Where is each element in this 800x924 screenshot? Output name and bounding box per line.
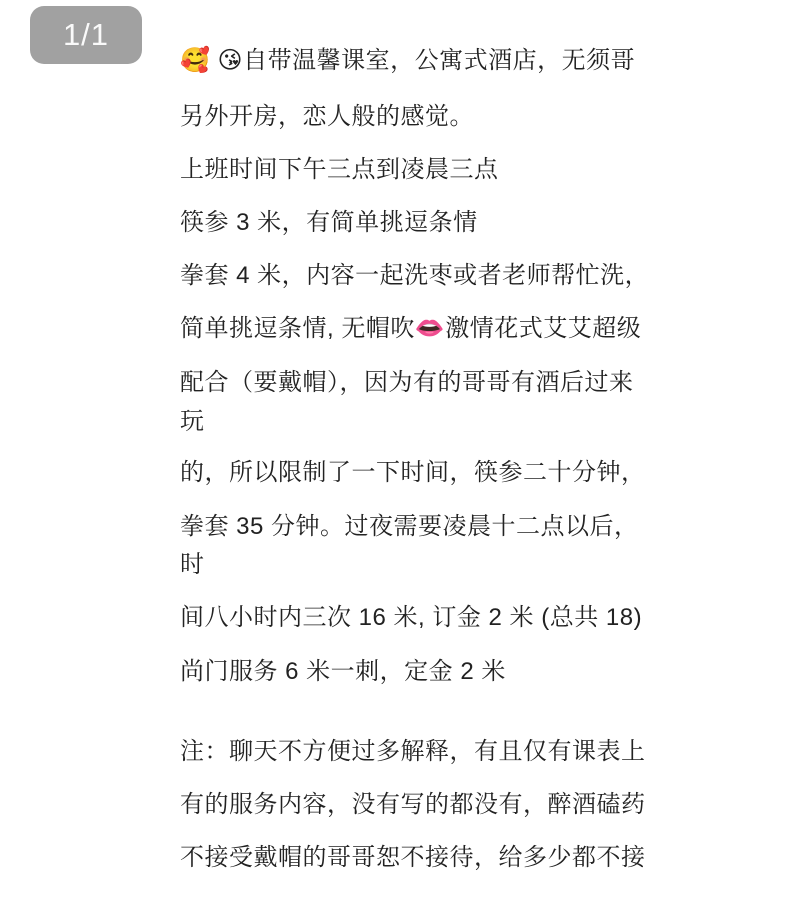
text-line: 🥰 😘自带温馨课室，公寓式酒店，无须哥 [180, 44, 635, 78]
text-line: 注：聊天不方便过多解释，有且仅有课表上 [180, 735, 646, 769]
text-line: 另外开房，恋人般的感觉。 [180, 100, 474, 134]
text-line: 配合（要戴帽），因为有的哥哥有酒后过来 [180, 366, 634, 400]
text-line: 上班时间下午三点到凌晨三点 [180, 153, 499, 187]
text-line: 拳套 35 分钟。过夜需要凌晨十二点以后， [180, 510, 639, 544]
text-line: 间八小时内三次 16 米, 订金 2 米 (总共 18) [180, 601, 642, 635]
image-viewer: 1/1 🥰 😘自带温馨课室，公寓式酒店，无须哥 另外开房，恋人般的感觉。 上班时… [0, 0, 800, 924]
text-line: 玩 [180, 405, 205, 439]
text-line: 尚门服务 6 米一刺，定金 2 米 [180, 655, 506, 689]
text-line: 拳套 4 米，内容一起洗枣或者老师帮忙洗， [180, 259, 649, 293]
text-line: 有的服务内容，没有写的都没有，醉酒磕药 [180, 788, 646, 822]
text-line: 的，所以限制了一下时间，筷参二十分钟， [180, 456, 646, 490]
text-line: 简单挑逗条情, 无帽吹👄激情花式艾艾超级 [180, 312, 641, 346]
page-indicator-label: 1/1 [63, 17, 109, 53]
text-line: 不接受戴帽的哥哥恕不接待，给多少都不接 [180, 841, 646, 875]
page-indicator-badge: 1/1 [30, 6, 142, 64]
text-line: 筷参 3 米，有简单挑逗条情 [180, 206, 478, 240]
text-line: 时 [180, 548, 205, 582]
